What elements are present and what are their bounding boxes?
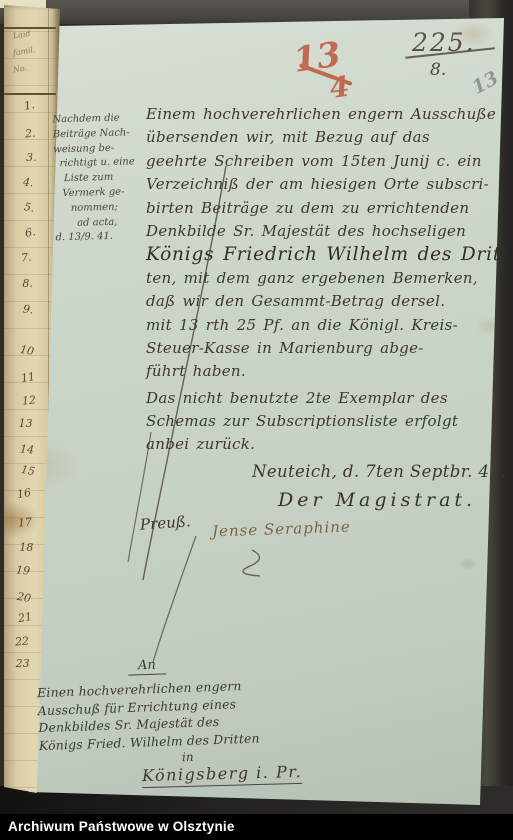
letter-body-line: Das nicht benutzte 2te Exemplar des [146, 387, 502, 410]
letter-body-line: Steuer-Kasse in Marienburg abge- [146, 337, 502, 360]
ledger-row-number: 21 [17, 610, 33, 625]
archive-watermark-text: Archiwum Państwowe w Olsztynie [8, 819, 235, 834]
scanned-document-photo: Laidfamil.No. 1.2.3.4.5.6.7.8.9.10111213… [0, 0, 513, 840]
ledger-row-number: 19 [15, 563, 30, 577]
ledger-row-number: 11 [20, 370, 36, 385]
letter-body-line: Schemas zur Subscriptionsliste erfolgt [146, 410, 502, 433]
letter-body-line: daß wir den Gesammt-Betrag dersel. [146, 290, 502, 313]
letter-body-line: Königs Friedrich Wilhelm des Drit- [146, 243, 502, 266]
ledger-row-number: 8. [22, 277, 33, 290]
red-fraction-denominator: 4 [327, 70, 351, 105]
ledger-row-number: 6. [24, 225, 37, 240]
letter-body-paragraph-2: Das nicht benutzte 2te Exemplar desSchem… [146, 387, 502, 456]
archive-watermark-bar: Archiwum Państwowe w Olsztynie [0, 814, 513, 840]
address-salutation: An [128, 657, 166, 675]
ledger-row-number: 10 [19, 343, 35, 358]
ledger-row-number: 1. [23, 98, 36, 113]
red-crayon-fraction: 13 4 [285, 31, 375, 121]
ledger-row-number: 9. [23, 303, 35, 317]
letter-body-line: übersenden wir, mit Bezug auf das [146, 126, 502, 149]
letter-body-line: anbei zurück. [146, 433, 502, 456]
address-city: Königsberg i. Pr. [142, 762, 303, 788]
letter-body-line: birten Beiträge zu dem zu errichtenden [146, 197, 502, 220]
ledger-row-number: 18 [19, 541, 33, 554]
folio-number: 8. [430, 60, 446, 80]
margin-disposition-note: Nachdem dieBeiträge Nach-weisung be-rich… [52, 111, 159, 247]
dateline: Neuteich, d. 7ten Septbr. 41. [252, 462, 506, 481]
sender-office: Der Magistrat. [278, 489, 476, 511]
ledger-row-number: 13 [19, 417, 33, 430]
ledger-row-number: 3. [26, 151, 37, 164]
ledger-row-number: 15 [20, 463, 36, 478]
ledger-row-number: 4. [22, 176, 34, 190]
ledger-row-number: 2. [25, 127, 37, 141]
ledger-row-number: 23 [16, 657, 30, 670]
ledger-row-number: 22 [14, 634, 29, 648]
ledger-row-number: 17 [18, 515, 33, 529]
letter-body-line: geehrte Schreiben vom 15ten Junij c. ein [146, 150, 502, 173]
margin-note-line: d. 13/9. 41. [55, 229, 159, 247]
letter-body-line: mit 13 rth 25 Pf. an die Königl. Kreis- [146, 314, 502, 337]
ledger-row-number: 5. [23, 200, 36, 215]
address-lines: Einen hochverehrlichen engernAusschuß fü… [37, 676, 279, 755]
signature-black-ink: Preuß. [139, 512, 191, 533]
letter-body-line: ten, mit dem ganz ergebenen Bemerken, [146, 267, 502, 290]
letter-body-line: Verzeichniß der am hiesigen Orte subscri… [146, 173, 502, 196]
ledger-row-number: 14 [19, 442, 34, 456]
address-preposition: in [182, 750, 194, 764]
letter-body-line: führt haben. [146, 360, 502, 383]
ledger-row-number: 7. [21, 251, 33, 265]
letter-body-line: Denkbilde Sr. Majestät des hochseligen [146, 220, 502, 243]
ledger-row-number: 20 [16, 590, 32, 605]
ledger-row-number: 12 [22, 393, 37, 407]
ledger-row-number: 16 [16, 486, 32, 501]
letter-body-paragraph-1: Einem hochverehrlichen engern Ausschußeü… [146, 103, 502, 384]
